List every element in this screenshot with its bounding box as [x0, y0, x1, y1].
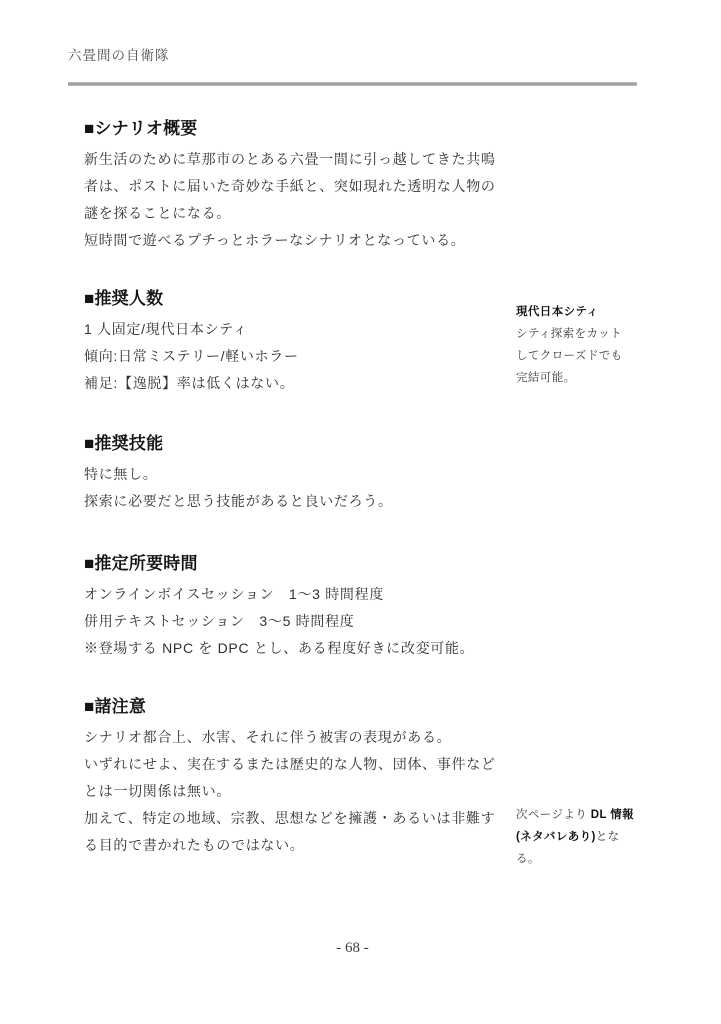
margin-note-city: 現代日本シティシティ探索をカットしてクローズドでも完結可能。 — [516, 301, 646, 389]
text-line: る目的で書かれたものではない。 — [84, 832, 544, 859]
note-text-bold: (ネタバレあり) — [516, 831, 596, 843]
note-text-bold: DL 情報 — [591, 809, 634, 821]
section-heading: ■推奨人数 — [84, 287, 544, 311]
margin-note-dl-info: 次ページより DL 情報(ネタバレあり)となる。 — [516, 804, 646, 870]
note-text: 次ページより — [516, 809, 591, 821]
page-number: - 68 - — [68, 940, 637, 957]
section-body: シナリオ都合上、水害、それに伴う被害の表現がある。いずれにせよ、実在するまたは歴… — [84, 724, 544, 859]
section-recommended-skills: ■推奨技能 特に無し。探索に必要だと思う技能があると良いだろう。 — [84, 432, 544, 515]
note-text: シティ探索をカット — [516, 328, 622, 340]
text-line: 探索に必要だと思う技能があると良いだろう。 — [84, 488, 544, 515]
text-line: 補足:【逸脱】率は低くはない。 — [84, 370, 544, 397]
note-line: シティ探索をカット — [516, 323, 646, 345]
note-text: 完結可能。 — [516, 372, 576, 384]
section-heading: ■シナリオ概要 — [84, 117, 544, 141]
note-line: してクローズドでも — [516, 345, 646, 367]
section-scenario-overview: ■シナリオ概要 新生活のために草那市のとある六畳一間に引っ越してきた共鳴者は、ポ… — [84, 117, 544, 254]
header-rule — [68, 82, 637, 86]
text-line: 新生活のために草那市のとある六畳一間に引っ越してきた共鳴 — [84, 146, 544, 173]
section-notes: ■諸注意 シナリオ都合上、水害、それに伴う被害の表現がある。いずれにせよ、実在す… — [84, 695, 544, 859]
note-line: (ネタバレあり)とな — [516, 826, 646, 848]
note-text-bold: 現代日本シティ — [516, 306, 598, 318]
note-line: る。 — [516, 848, 646, 870]
section-estimated-time: ■推定所要時間 オンラインボイスセッション 1〜3 時間程度併用テキストセッショ… — [84, 552, 544, 662]
section-body: 新生活のために草那市のとある六畳一間に引っ越してきた共鳴者は、ポストに届いた奇妙… — [84, 146, 544, 254]
section-recommended-players: ■推奨人数 1 人固定/現代日本シティ傾向:日常ミステリー/軽いホラー補足:【逸… — [84, 287, 544, 397]
section-body: 特に無し。探索に必要だと思う技能があると良いだろう。 — [84, 461, 544, 515]
text-line: とは一切関係は無い。 — [84, 778, 544, 805]
section-body: オンラインボイスセッション 1〜3 時間程度併用テキストセッション 3〜5 時間… — [84, 581, 544, 662]
section-heading: ■推定所要時間 — [84, 552, 544, 576]
text-line: オンラインボイスセッション 1〜3 時間程度 — [84, 581, 544, 608]
note-line: 次ページより DL 情報 — [516, 804, 646, 826]
text-line: 短時間で遊べるプチっとホラーなシナリオとなっている。 — [84, 227, 544, 254]
note-text: る。 — [516, 853, 540, 865]
text-line: 1 人固定/現代日本シティ — [84, 316, 544, 343]
text-line: 傾向:日常ミステリー/軽いホラー — [84, 343, 544, 370]
text-line: 謎を探ることになる。 — [84, 200, 544, 227]
note-text: とな — [596, 831, 620, 843]
note-text: してクローズドでも — [516, 350, 623, 362]
section-body: 1 人固定/現代日本シティ傾向:日常ミステリー/軽いホラー補足:【逸脱】率は低く… — [84, 316, 544, 397]
text-line: 加えて、特定の地域、宗教、思想などを擁護・あるいは非難す — [84, 805, 544, 832]
text-line: 者は、ポストに届いた奇妙な手紙と、突如現れた透明な人物の — [84, 173, 544, 200]
text-line: シナリオ都合上、水害、それに伴う被害の表現がある。 — [84, 724, 544, 751]
note-line: 完結可能。 — [516, 367, 646, 389]
text-line: ※登場する NPC を DPC とし、ある程度好きに改変可能。 — [84, 635, 544, 662]
running-header: 六畳間の自衛隊 — [68, 44, 170, 64]
text-line: 併用テキストセッション 3〜5 時間程度 — [84, 608, 544, 635]
document-page: 六畳間の自衛隊 ■シナリオ概要 新生活のために草那市のとある六畳一間に引っ越して… — [0, 0, 721, 1024]
text-line: 特に無し。 — [84, 461, 544, 488]
section-heading: ■諸注意 — [84, 695, 544, 719]
text-line: いずれにせよ、実在するまたは歴史的な人物、団体、事件など — [84, 751, 544, 778]
section-heading: ■推奨技能 — [84, 432, 544, 456]
note-line: 現代日本シティ — [516, 301, 646, 323]
